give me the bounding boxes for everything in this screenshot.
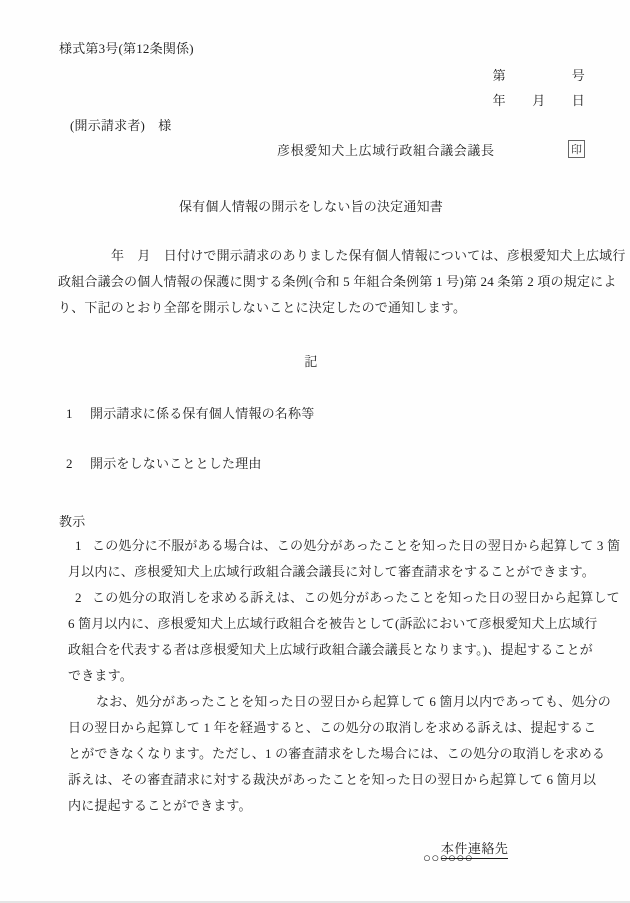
document-title: 保有個人情報の開示をしない旨の決定通知書 [0,198,622,215]
item-1-number: 1 [66,405,73,422]
document-number-line: 第 号 [493,67,585,84]
body-paragraph-line-1: 年 月 日付けで開示請求のありました保有個人情報については、彦根愛知犬上広域行 [111,247,626,264]
contact-value: ○○○○○○ [423,849,473,866]
kyoji-label: 教示 [59,513,85,530]
body-paragraph-line-3: り、下記のとおり全部を開示しないことに決定したので通知します。 [58,299,466,316]
kyoji-item-1-line-1: この処分に不服がある場合は、この処分があったことを知った日の翌日から起算して 3… [92,537,620,554]
kyoji-item-2-line-2: 6 箇月以内に、彦根愛知犬上広域行政組合を被告として(訴訟において彦根愛知犬上広… [68,615,597,632]
kyoji-note-line-5: 内に提起することができます。 [68,797,252,814]
body-paragraph-line-2: 政組合議会の個人情報の保護に関する条例(令和 5 年組合条例第 1 号)第 24… [58,273,617,290]
kyoji-note-line-3: とができなくなります。ただし、1 の審査請求をした場合には、この処分の取消しを求… [68,745,605,762]
sender-title: 彦根愛知犬上広域行政組合議会議長 [277,142,495,159]
kyoji-item-1-number: 1 [75,537,82,554]
seal-character: 印 [571,141,582,157]
seal-stamp-icon: 印 [568,140,585,158]
kyoji-item-1-line-2: 月以内に、彦根愛知犬上広域行政組合議会議長に対して審査請求をすることができます。 [68,563,595,580]
document-page: 様式第3号(第12条関係) 第 号 年 月 日 (開示請求者) 様 彦根愛知犬上… [0,0,630,903]
form-number: 様式第3号(第12条関係) [59,40,194,57]
kyoji-item-2-line-3: 政組合を代表する者は彦根愛知犬上広域行政組合議会議長となります。)、提起すること… [68,641,593,658]
item-1-text: 開示請求に係る保有個人情報の名称等 [90,405,314,422]
recipient-line: (開示請求者) 様 [70,117,171,134]
kyoji-item-2-line-4: できます。 [68,667,133,684]
kyoji-note-line-2: 日の翌日から起算して 1 年を経過すると、この処分の取消しを求める訴えは、提起す… [68,719,596,736]
kyoji-item-2-number: 2 [75,589,82,606]
date-line: 年 月 日 [493,92,585,109]
item-2-text: 開示をしないこととした理由 [90,455,262,472]
kyoji-note-line-1: なお、処分があったことを知った日の翌日から起算して 6 箇月以内であっても、処分… [96,693,611,710]
item-2-number: 2 [66,455,73,472]
ki-section-marker: 記 [0,353,622,370]
kyoji-note-line-4: 訴えは、その審査請求に対する裁決があったことを知った日の翌日から起算して 6 箇… [68,771,596,788]
kyoji-item-2-line-1: この処分の取消しを求める訴えは、この処分があったことを知った日の翌日から起算して [92,589,620,606]
